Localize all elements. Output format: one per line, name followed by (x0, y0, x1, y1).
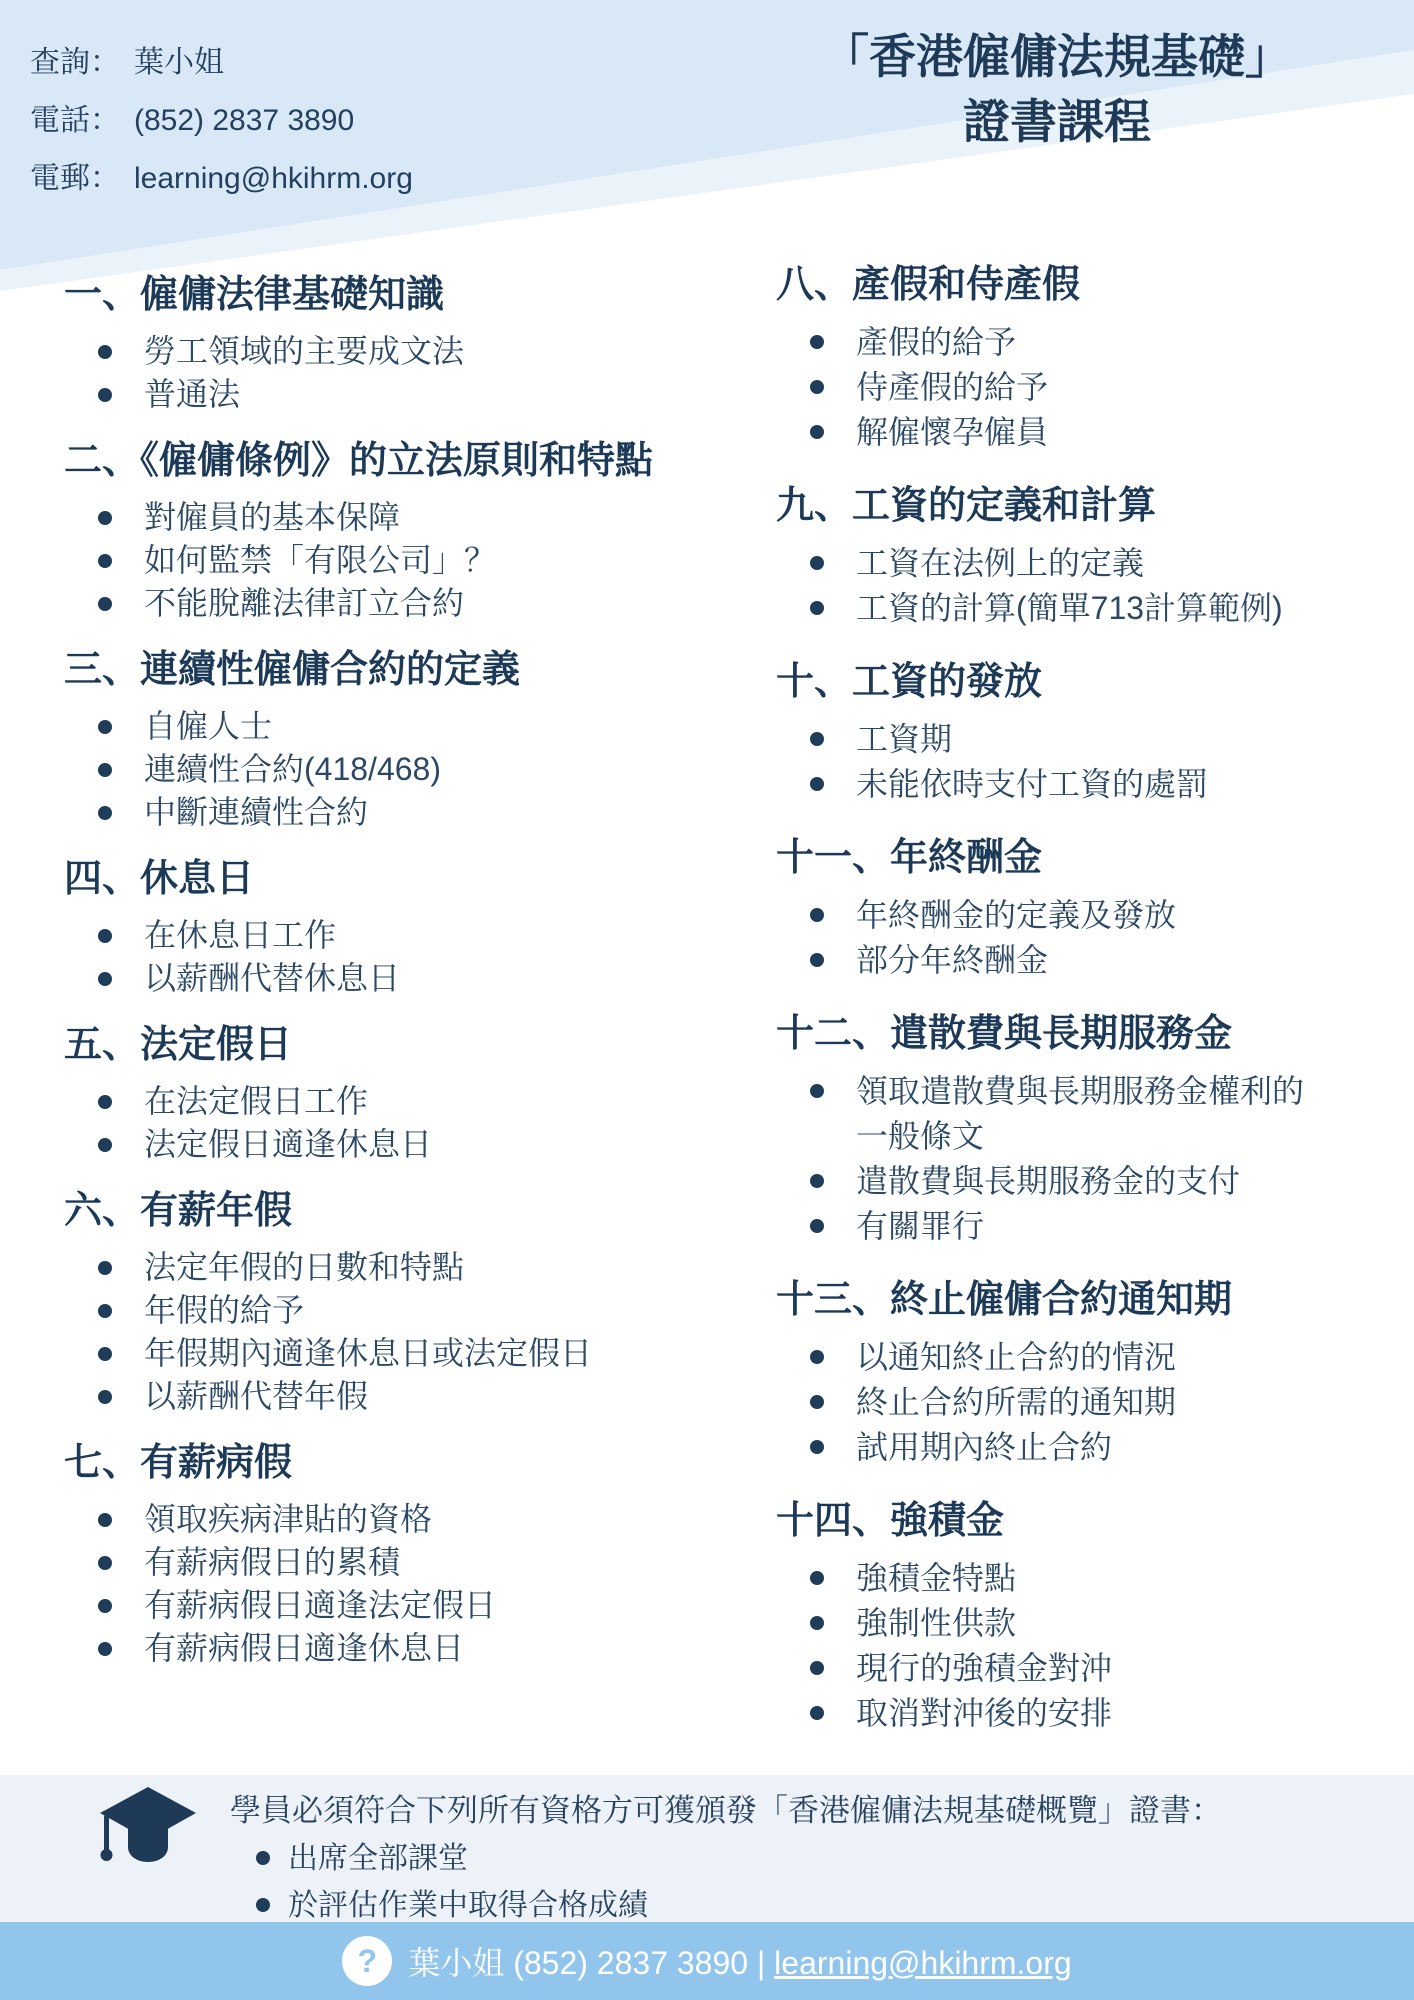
section-topic-list: 在休息日工作以薪酬代替休息日 (64, 914, 632, 1000)
footer-separator: | (757, 1945, 765, 1981)
section-heading: 十三、終止僱傭合約通知期 (776, 1277, 1412, 1323)
topic-item: 有關罪行 (856, 1204, 1326, 1249)
topic-item: 有薪病假日的累積 (144, 1541, 632, 1584)
topic-item: 年終酬金的定義及發放 (856, 893, 1326, 938)
course-section: 五、法定假日在法定假日工作法定假日適逢休息日 (64, 1022, 734, 1166)
outline-column-right: 八、產假和侍產假產假的給予侍產假的給予解僱懷孕僱員九、工資的定義和計算工資在法例… (776, 262, 1412, 1736)
course-section: 十、工資的發放工資期未能依時支付工資的處罰 (776, 659, 1412, 807)
question-mark-icon: ? (342, 1936, 392, 1986)
section-topic-list: 法定年假的日數和特點年假的給予年假期內適逢休息日或法定假日以薪酬代替年假 (64, 1246, 632, 1418)
course-section: 一、僱傭法律基礎知識勞工領域的主要成文法普通法 (64, 272, 734, 416)
section-heading: 九、工資的定義和計算 (776, 483, 1412, 529)
certificate-requirement-item: 出席全部課堂 (288, 1835, 648, 1882)
section-topic-list: 自僱人士連續性合約(418/468)中斷連續性合約 (64, 705, 632, 834)
section-heading: 十二、遣散費與長期服務金 (776, 1011, 1412, 1057)
section-heading: 二、《僱傭條例》的立法原則和特點 (64, 438, 734, 484)
course-section: 十四、強積金強積金特點強制性供款現行的強積金對沖取消對沖後的安排 (776, 1498, 1412, 1736)
contact-row-enquiry: 查詢： 葉小姐 (30, 34, 413, 92)
section-heading: 八、產假和侍產假 (776, 262, 1412, 308)
contact-value: learning@hkihrm.org (134, 150, 413, 208)
course-section: 四、休息日在休息日工作以薪酬代替休息日 (64, 856, 734, 1000)
page-title-line1: 「香港僱傭法規基礎」 (700, 24, 1414, 89)
certificate-panel: 學員必須符合下列所有資格方可獲頒發「香港僱傭法規基礎概覽」證書： 出席全部課堂於… (0, 1775, 1414, 1922)
section-heading: 七、有薪病假 (64, 1440, 734, 1486)
footer-contact-text: 葉小姐 (852) 2837 3890 | learning@hkihrm.or… (408, 1938, 1071, 1984)
topic-item: 現行的強積金對沖 (856, 1646, 1326, 1691)
page-title: 「香港僱傭法規基礎」 證書課程 (700, 24, 1414, 154)
section-heading: 六、有薪年假 (64, 1188, 734, 1234)
contact-value: 葉小姐 (134, 34, 224, 92)
section-topic-list: 領取遣散費與長期服務金權利的一般條文遣散費與長期服務金的支付有關罪行 (776, 1069, 1326, 1249)
contact-label: 查詢： (30, 34, 134, 92)
topic-item: 部分年終酬金 (856, 938, 1326, 983)
section-heading: 四、休息日 (64, 856, 734, 902)
topic-item: 未能依時支付工資的處罰 (856, 762, 1326, 807)
contact-value: (852) 2837 3890 (134, 92, 354, 150)
topic-item: 工資期 (856, 717, 1326, 762)
topic-item: 在法定假日工作 (144, 1080, 632, 1123)
section-heading: 十、工資的發放 (776, 659, 1412, 705)
section-topic-list: 領取疾病津貼的資格有薪病假日的累積有薪病假日適逢法定假日有薪病假日適逢休息日 (64, 1498, 632, 1670)
topic-item: 強積金特點 (856, 1556, 1326, 1601)
topic-item: 普通法 (144, 373, 632, 416)
topic-item: 年假的給予 (144, 1289, 632, 1332)
topic-item: 取消對沖後的安排 (856, 1691, 1326, 1736)
contact-row-email: 電郵： learning@hkihrm.org (30, 150, 413, 208)
topic-item: 不能脫離法律訂立合約 (144, 582, 632, 625)
topic-item: 對僱員的基本保障 (144, 496, 632, 539)
course-section: 三、連續性僱傭合約的定義自僱人士連續性合約(418/468)中斷連續性合約 (64, 647, 734, 834)
course-section: 十二、遣散費與長期服務金領取遣散費與長期服務金權利的一般條文遣散費與長期服務金的… (776, 1011, 1412, 1249)
section-topic-list: 強積金特點強制性供款現行的強積金對沖取消對沖後的安排 (776, 1556, 1326, 1736)
topic-item: 工資的計算(簡單713計算範例) (856, 586, 1326, 631)
topic-item: 法定年假的日數和特點 (144, 1246, 632, 1289)
topic-item: 遣散費與長期服務金的支付 (856, 1159, 1326, 1204)
footer-email-link[interactable]: learning@hkihrm.org (774, 1945, 1072, 1981)
topic-item: 有薪病假日適逢休息日 (144, 1627, 632, 1670)
topic-item: 試用期內終止合約 (856, 1425, 1326, 1470)
section-heading: 三、連續性僱傭合約的定義 (64, 647, 734, 693)
topic-item: 領取疾病津貼的資格 (144, 1498, 632, 1541)
section-heading: 五、法定假日 (64, 1022, 734, 1068)
section-heading: 十四、強積金 (776, 1498, 1412, 1544)
course-section: 六、有薪年假法定年假的日數和特點年假的給予年假期內適逢休息日或法定假日以薪酬代替… (64, 1188, 734, 1418)
header-contact-block: 查詢： 葉小姐 電話： (852) 2837 3890 電郵： learning… (30, 34, 413, 208)
section-topic-list: 在法定假日工作法定假日適逢休息日 (64, 1080, 632, 1166)
section-topic-list: 工資期未能依時支付工資的處罰 (776, 717, 1326, 807)
topic-item: 有薪病假日適逢法定假日 (144, 1584, 632, 1627)
course-section: 九、工資的定義和計算工資在法例上的定義工資的計算(簡單713計算範例) (776, 483, 1412, 631)
graduation-cap-icon (98, 1785, 198, 1874)
topic-item: 以通知終止合約的情況 (856, 1335, 1326, 1380)
course-section: 八、產假和侍產假產假的給予侍產假的給予解僱懷孕僱員 (776, 262, 1412, 455)
contact-label: 電話： (30, 92, 134, 150)
topic-item: 如何監禁「有限公司」？ (144, 539, 632, 582)
section-heading: 十一、年終酬金 (776, 835, 1412, 881)
topic-item: 連續性合約(418/468) (144, 748, 632, 791)
topic-item: 勞工領域的主要成文法 (144, 330, 632, 373)
certificate-requirements-text: 學員必須符合下列所有資格方可獲頒發「香港僱傭法規基礎概覽」證書： (230, 1791, 1222, 1831)
section-topic-list: 勞工領域的主要成文法普通法 (64, 330, 632, 416)
section-topic-list: 以通知終止合約的情況終止合約所需的通知期試用期內終止合約 (776, 1335, 1326, 1470)
topic-item: 年假期內適逢休息日或法定假日 (144, 1332, 632, 1375)
topic-item: 解僱懷孕僱員 (856, 410, 1326, 455)
contact-label: 電郵： (30, 150, 134, 208)
section-topic-list: 工資在法例上的定義工資的計算(簡單713計算範例) (776, 541, 1326, 631)
topic-item: 法定假日適逢休息日 (144, 1123, 632, 1166)
topic-item: 自僱人士 (144, 705, 632, 748)
section-heading: 一、僱傭法律基礎知識 (64, 272, 734, 318)
footer-name-phone: 葉小姐 (852) 2837 3890 (408, 1945, 748, 1981)
course-section: 七、有薪病假領取疾病津貼的資格有薪病假日的累積有薪病假日適逢法定假日有薪病假日適… (64, 1440, 734, 1670)
topic-item: 產假的給予 (856, 320, 1326, 365)
course-section: 二、《僱傭條例》的立法原則和特點對僱員的基本保障如何監禁「有限公司」？不能脫離法… (64, 438, 734, 625)
topic-item: 在休息日工作 (144, 914, 632, 957)
topic-item: 中斷連續性合約 (144, 791, 632, 834)
topic-item: 終止合約所需的通知期 (856, 1380, 1326, 1425)
course-section: 十三、終止僱傭合約通知期以通知終止合約的情況終止合約所需的通知期試用期內終止合約 (776, 1277, 1412, 1470)
topic-item: 領取遣散費與長期服務金權利的一般條文 (856, 1069, 1326, 1159)
footer-bar: ? 葉小姐 (852) 2837 3890 | learning@hkihrm.… (0, 1922, 1414, 2000)
section-topic-list: 產假的給予侍產假的給予解僱懷孕僱員 (776, 320, 1326, 455)
topic-item: 工資在法例上的定義 (856, 541, 1326, 586)
topic-item: 強制性供款 (856, 1601, 1326, 1646)
topic-item: 以薪酬代替休息日 (144, 957, 632, 1000)
page-title-line2: 證書課程 (700, 89, 1414, 154)
topic-item: 以薪酬代替年假 (144, 1375, 632, 1418)
outline-column-left: 一、僱傭法律基礎知識勞工領域的主要成文法普通法二、《僱傭條例》的立法原則和特點對… (64, 272, 734, 1670)
section-topic-list: 年終酬金的定義及發放部分年終酬金 (776, 893, 1326, 983)
topic-item: 侍產假的給予 (856, 365, 1326, 410)
course-section: 十一、年終酬金年終酬金的定義及發放部分年終酬金 (776, 835, 1412, 983)
certificate-requirements-list: 出席全部課堂於評估作業中取得合格成績 (288, 1835, 648, 1929)
contact-row-phone: 電話： (852) 2837 3890 (30, 92, 413, 150)
section-topic-list: 對僱員的基本保障如何監禁「有限公司」？不能脫離法律訂立合約 (64, 496, 632, 625)
